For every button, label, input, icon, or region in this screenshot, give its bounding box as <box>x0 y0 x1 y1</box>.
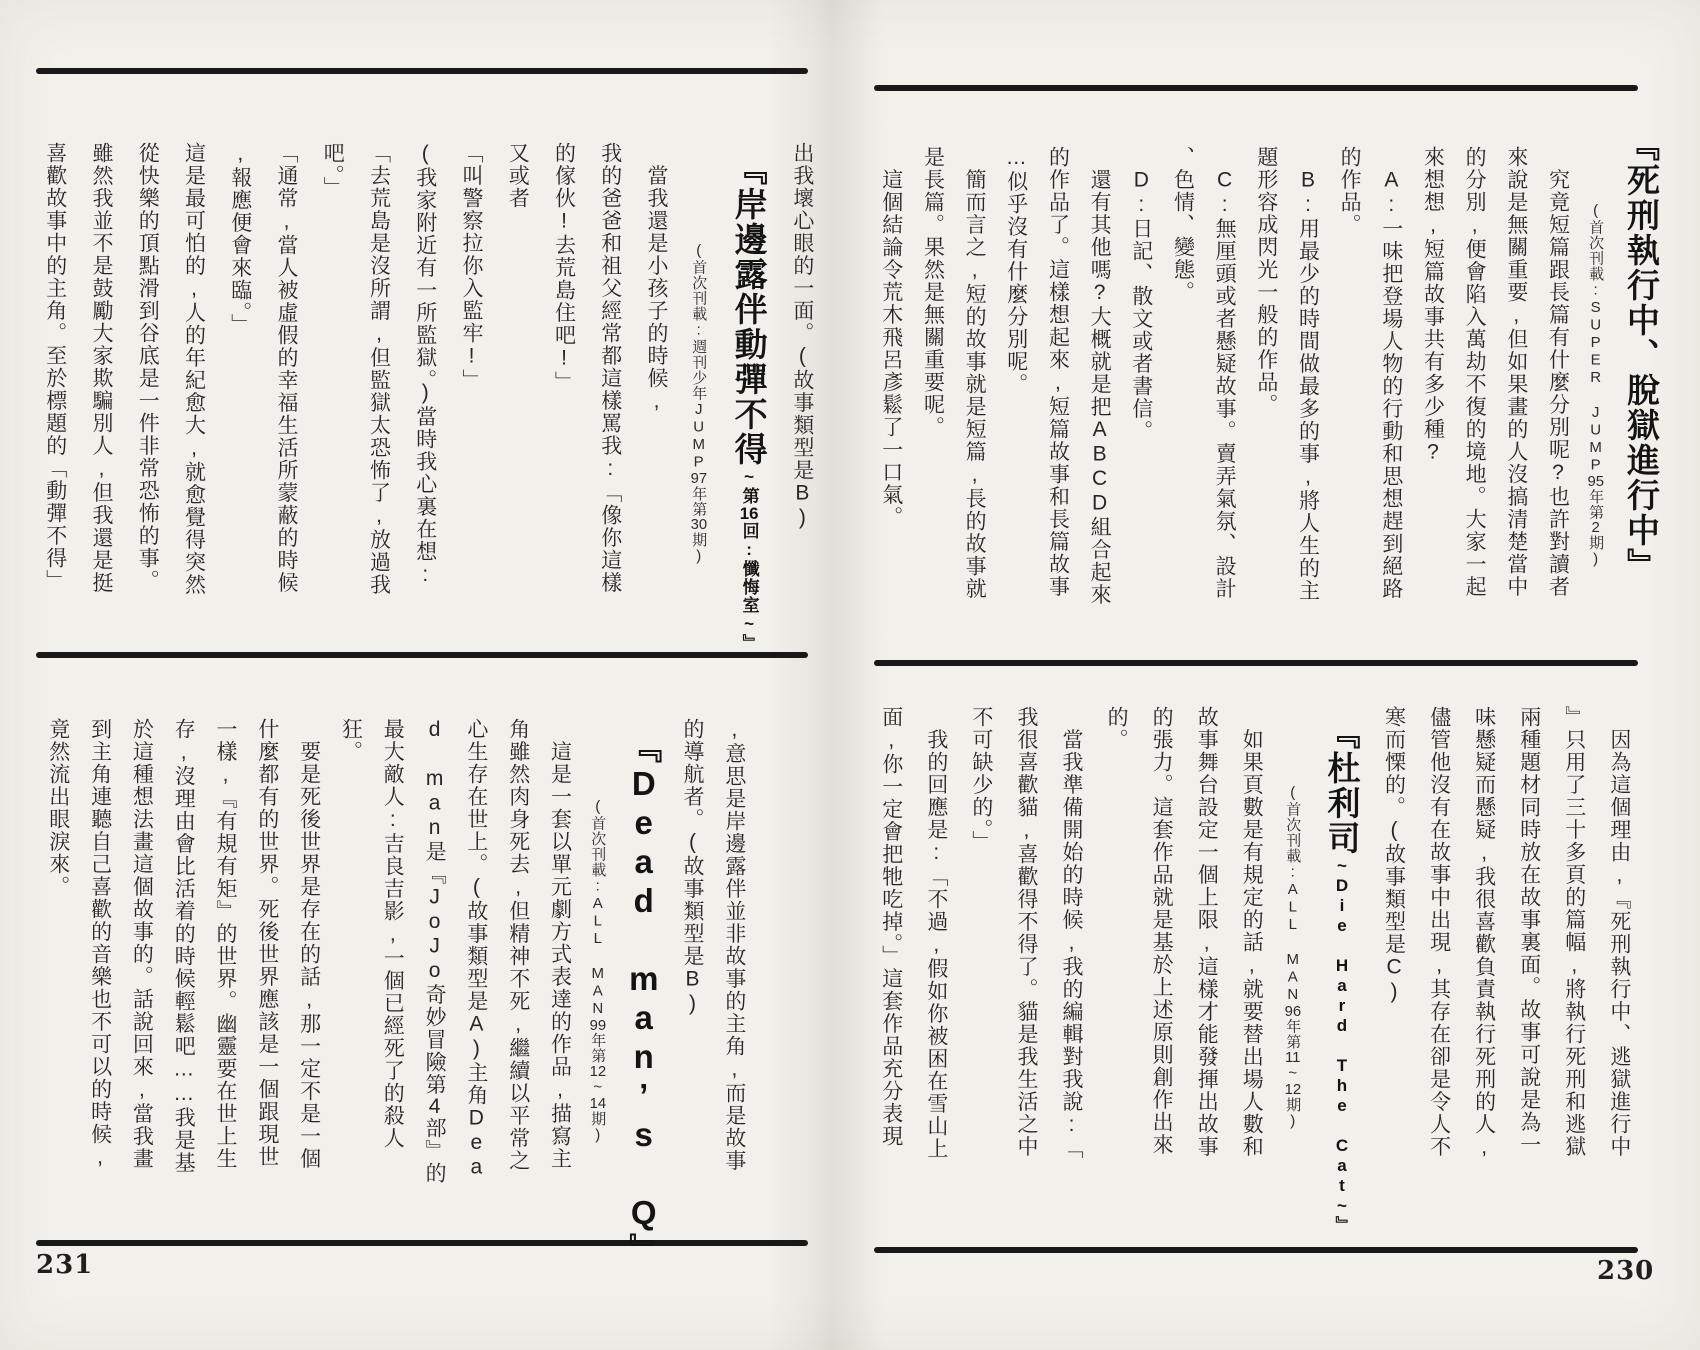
text-column: 題形容成閃光一般的作品。 <box>1253 128 1278 416</box>
text-column: 這個結論令荒木飛呂彥鬆了一口氣。 <box>878 128 903 529</box>
book-spread: 『死刑執行中、脫獄進行中』(首次刊載:SUPER JUMP95年第2期) 究竟短… <box>0 0 1700 1350</box>
text-column: 來說是無關重要,但如果畫的人沒搞清楚當中 <box>1503 128 1528 598</box>
text-column: 還有其他嗎?大概就是把ABCD組合起來 <box>1086 128 1111 606</box>
story-title-main: 『岸邊露伴動彈不得 <box>731 152 768 467</box>
text-column: 我的回應是:「不過,假如你被困在雪山上 <box>923 706 948 1160</box>
story-title: 『死刑執行中、脫獄進行中』 <box>1621 128 1660 583</box>
text-column: C:無厘頭或者懸疑故事。賣弄氣氛、設計 <box>1211 128 1236 600</box>
text-column: 』只用了三十多頁的篇幅,將執行死刑和逃獄 <box>1561 706 1586 1158</box>
inline-number: 12 <box>1284 1082 1301 1097</box>
text-column: 「通常,當人被虛假的幸福生活所蒙蔽的時候 <box>273 142 298 594</box>
text-column: 的傢伙!去荒島住吧!」 <box>551 142 576 394</box>
inline-number: 11 <box>1284 1050 1301 1065</box>
text-column: 從快樂的頂點滑到谷底是一件非常恐怖的事。 <box>135 142 160 592</box>
text-column: 到主角連聽自己喜歡的音樂也不可以的時候, <box>87 718 112 1170</box>
text-column: 簡而言之,短的故事就是短篇,長的故事就 <box>961 128 986 600</box>
text-column: 當我還是小孩子的時候, <box>643 142 668 414</box>
inline-number: 97 <box>690 471 707 486</box>
story-title-subtitle: ~Die Hard The Cat~』 <box>1332 856 1351 1234</box>
text-column: 一樣,『有規有矩』的世界。幽靈要在世上生 <box>212 718 237 1170</box>
text-column: 味懸疑而懸疑,我很喜歡負責執行死刑的人, <box>1471 706 1496 1160</box>
inline-number: 99 <box>589 1018 606 1033</box>
text-column: 存,沒理由會比活着的時候輕鬆吧……我是基 <box>170 718 195 1174</box>
text-column: 究竟短篇跟長篇有什麼分別呢?也許對讀者 <box>1545 128 1570 598</box>
inline-number: 30 <box>690 517 707 532</box>
page-number-right: 230 <box>1597 1256 1654 1286</box>
text-column: 當我準備開始的時候,我的編輯對我說:「 <box>1058 706 1083 1160</box>
inline-number: 2 <box>1587 520 1604 535</box>
story-title-main: 『杜利司 <box>1323 716 1360 856</box>
publication-info: (首次刊載:ALL MAN96年第11~12期) <box>1284 706 1302 1130</box>
text-column: 雖然我並不是鼓勵大家欺騙別人,但我還是挺 <box>88 142 113 594</box>
text-column: 的分別,便會陷入萬劫不復的境地。大家一起 <box>1461 128 1486 598</box>
text-column: 最大敵人:吉良吉影,一個已經死了的殺人 <box>380 718 405 1150</box>
text-column: 是長篇。果然是無關重要呢。 <box>920 128 945 439</box>
inline-number: 12 <box>589 1064 606 1079</box>
story-title-main: 『死刑執行中、脫獄進行中』 <box>1623 128 1660 583</box>
right-page-top-section: 『死刑執行中、脫獄進行中』(首次刊載:SUPER JUMP95年第2期) 究竟短… <box>878 128 1660 646</box>
inline-number: 16 <box>740 505 759 522</box>
story-title: 『岸邊露伴動彈不得~第16回:懺悔室~』 <box>729 142 768 652</box>
right-page-bottom-section: 因為這個理由,『死刑執行中、逃獄進行中』只用了三十多頁的篇幅,將執行死刑和逃獄兩… <box>878 706 1631 1211</box>
text-column: d man是『JoJo奇妙冒險第4部』的 <box>421 718 446 1185</box>
text-column: …似乎沒有什麼分別呢。 <box>1003 128 1028 396</box>
text-column: 的。 <box>1103 706 1128 751</box>
text-column: 「去荒島是沒所謂,但監獄太恐怖了,放過我 <box>366 142 391 596</box>
text-column: 「叫警察拉你入監牢!」 <box>458 142 483 392</box>
text-column: 這是一套以單元劇方式表達的作品,描寫主 <box>547 718 572 1170</box>
text-column: 兩種題材同時放在故事裏面。故事可說是為一 <box>1516 706 1541 1156</box>
text-column: 來想想,短篇故事共有多少種? <box>1420 128 1445 465</box>
left-page-bottom-section: ,意思是岸邊露伴並非故事的主角,而是故事的導航者。(故事類型是B)『Dead m… <box>45 718 746 1213</box>
text-column: 寒而慄的。(故事類型是C) <box>1381 706 1406 1005</box>
left-page-bottom-rule <box>36 1240 808 1246</box>
inline-number: 14 <box>589 1096 606 1111</box>
text-column: 角雖然肉身死去,但精神不死,繼續以平常之 <box>505 718 530 1172</box>
story-title: 『Dead man’s Q』 <box>623 718 662 1268</box>
text-column: 狂。 <box>338 718 363 763</box>
text-column: 於這種想法畫這個故事的。話說回來,當我畫 <box>129 718 154 1170</box>
text-column: 這是最可怕的,人的年紀愈大,就愈覺得突然 <box>181 142 206 596</box>
publication-info: (首次刊載:ALL MAN99年第12~14期) <box>589 718 607 1144</box>
publication-info: (首次刊載:SUPER JUMP95年第2期) <box>1586 128 1604 568</box>
text-column: D:日記、散文或者書信。 <box>1128 128 1153 443</box>
text-column: 我的爸爸和祖父經常都這樣罵我:「像你這樣 <box>597 142 622 594</box>
text-column: 要是死後世界是存在的話,那一定不是一個 <box>296 718 321 1170</box>
right-page-bottom-rule <box>874 1247 1638 1253</box>
text-column: 吧。」 <box>320 142 345 199</box>
text-column: 什麼都有的世界。死後世界應該是一個跟現世 <box>254 718 279 1168</box>
text-column: B:用最少的時間做最多的事,將人生的主 <box>1295 128 1320 602</box>
page-number-left: 231 <box>36 1250 93 1280</box>
publication-info: (首次刊載:週刊少年JUMP97年第30期) <box>690 142 708 565</box>
inline-number: 4 <box>423 1096 446 1117</box>
story-title-main: 『Dead man’s Q』 <box>625 730 662 1268</box>
story-title: 『杜利司~Die Hard The Cat~』 <box>1322 706 1361 1234</box>
inline-number: 96 <box>1284 1004 1301 1019</box>
right-page-middle-rule <box>874 660 1638 666</box>
text-column: A:一味把登場人物的行動和思想趕到絕路 <box>1378 128 1403 600</box>
text-column: 、色情、變態。 <box>1170 128 1195 304</box>
text-column: 故事舞台設定一個上限,這樣才能發揮出故事 <box>1193 706 1218 1158</box>
left-page-top-section: 出我壞心眼的一面。(故事類型是B)『岸邊露伴動彈不得~第16回:懺悔室~』(首次… <box>42 142 814 654</box>
text-column: 如果頁數是有規定的話,就要替出場人數和 <box>1239 706 1264 1158</box>
text-column: 喜歡故事中的主角。至於標題的「動彈不得」 <box>42 142 67 592</box>
left-page-top-rule <box>36 68 808 74</box>
text-column: 的作品了。這樣想起來,短篇故事和長篇故事 <box>1045 128 1070 598</box>
inline-number: 95 <box>1587 474 1604 489</box>
text-column: ,意思是岸邊露伴並非故事的主角,而是故事 <box>721 718 746 1172</box>
text-column: 又或者 <box>505 142 530 210</box>
right-page-top-rule <box>874 85 1638 91</box>
text-column: 的作品。 <box>1336 128 1361 236</box>
text-column: ,報應便會來臨。」 <box>227 142 252 336</box>
text-column: 出我壞心眼的一面。(故事類型是B) <box>789 142 814 531</box>
text-column: 面,你一定會把牠吃掉。」這套作品充分表現 <box>878 706 903 1148</box>
text-column: 的導航者。(故事類型是B) <box>679 718 704 1017</box>
text-column: 我很喜歡貓,喜歡得不得了。貓是我生活之中 <box>1013 706 1038 1158</box>
text-column: 因為這個理由,『死刑執行中、逃獄進行中 <box>1606 706 1631 1158</box>
text-column: 儘管他沒有在故事中出現,其存在卻是令人不 <box>1426 706 1451 1158</box>
text-column: (我家附近有一所監獄。)當時我心裏在想: <box>412 142 437 588</box>
story-title-subtitle: ~第16回:懺悔室~』 <box>740 467 759 652</box>
text-column: 心生存在世上。(故事類型是A)主角Dea <box>463 718 488 1180</box>
text-column: 的張力。這套作品就是基於上述原則創作出來 <box>1148 706 1173 1156</box>
text-column: 不可缺少的。」 <box>968 706 993 853</box>
text-column: 竟然流出眼淚來。 <box>45 718 70 898</box>
